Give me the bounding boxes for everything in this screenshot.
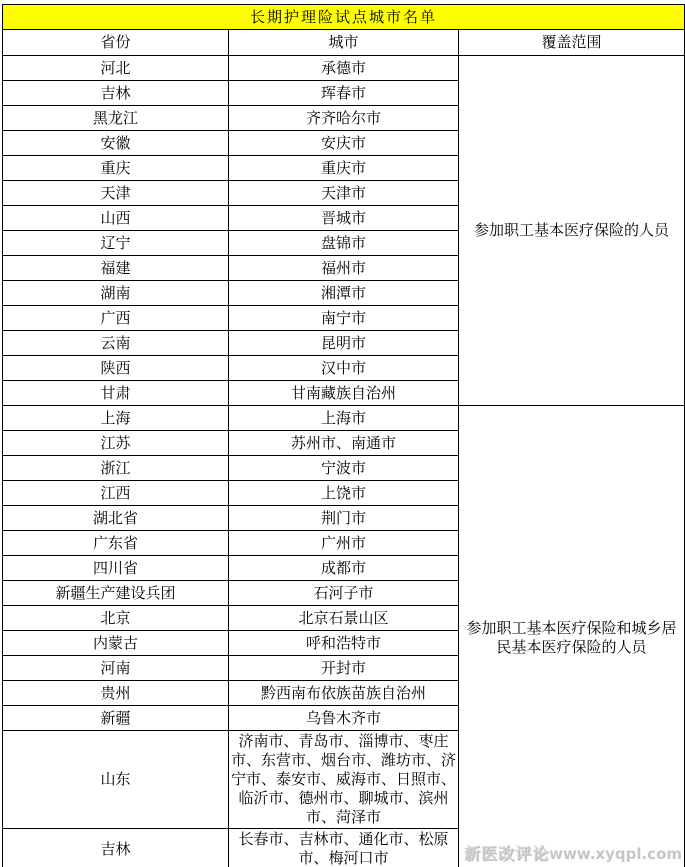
page-title: 长期护理险试点城市名单 (3, 5, 685, 30)
table-row: 河北 承德市 参加职工基本医疗保险的人员 (3, 56, 685, 81)
province-cell: 广东省 (3, 531, 229, 556)
province-cell: 黑龙江 (3, 106, 229, 131)
province-cell: 四川省 (3, 556, 229, 581)
province-cell: 安徽 (3, 131, 229, 156)
header-city: 城市 (229, 30, 459, 56)
city-cell: 天津市 (229, 181, 459, 206)
province-cell: 辽宁 (3, 231, 229, 256)
province-cell: 吉林 (3, 81, 229, 106)
city-cell: 济南市、青岛市、淄博市、枣庄市、东营市、烟台市、潍坊市、济宁市、泰安市、威海市、… (229, 731, 459, 829)
province-cell: 湖南 (3, 281, 229, 306)
province-cell: 福建 (3, 256, 229, 281)
header-coverage: 覆盖范围 (459, 30, 685, 56)
city-cell: 黔西南布依族苗族自治州 (229, 681, 459, 706)
city-cell: 南宁市 (229, 306, 459, 331)
province-cell: 河南 (3, 656, 229, 681)
province-cell: 上海 (3, 406, 229, 431)
province-cell: 贵州 (3, 681, 229, 706)
header-row: 省份 城市 覆盖范围 (3, 30, 685, 56)
province-cell: 甘肃 (3, 381, 229, 406)
coverage-cell: 参加职工基本医疗保险的人员 (459, 56, 685, 406)
province-cell: 山西 (3, 206, 229, 231)
city-cell: 广州市 (229, 531, 459, 556)
city-cell: 上饶市 (229, 481, 459, 506)
province-cell: 北京 (3, 606, 229, 631)
city-cell: 宁波市 (229, 456, 459, 481)
province-cell: 内蒙古 (3, 631, 229, 656)
province-cell: 浙江 (3, 456, 229, 481)
province-cell: 重庆 (3, 156, 229, 181)
province-cell: 广西 (3, 306, 229, 331)
coverage-cell: 参加职工基本医疗保险和城乡居民基本医疗保险的人员 (459, 406, 685, 867)
page: 长期护理险试点城市名单 省份 城市 覆盖范围 河北 承德市 参加职工基本医疗保险… (0, 0, 685, 867)
city-cell: 盘锦市 (229, 231, 459, 256)
province-cell: 江西 (3, 481, 229, 506)
city-cell: 昆明市 (229, 331, 459, 356)
city-cell: 长春市、吉林市、通化市、松原市、梅河口市 (229, 829, 459, 867)
city-cell: 湘潭市 (229, 281, 459, 306)
city-cell: 晋城市 (229, 206, 459, 231)
city-cell: 荆门市 (229, 506, 459, 531)
city-cell: 上海市 (229, 406, 459, 431)
city-cell: 福州市 (229, 256, 459, 281)
province-cell: 湖北省 (3, 506, 229, 531)
city-cell: 北京石景山区 (229, 606, 459, 631)
table-row: 上海 上海市 参加职工基本医疗保险和城乡居民基本医疗保险的人员 (3, 406, 685, 431)
city-cell: 珲春市 (229, 81, 459, 106)
province-cell: 吉林 (3, 829, 229, 867)
city-cell: 安庆市 (229, 131, 459, 156)
province-cell: 江苏 (3, 431, 229, 456)
title-row: 长期护理险试点城市名单 (3, 5, 685, 30)
table-wrapper: 长期护理险试点城市名单 省份 城市 覆盖范围 河北 承德市 参加职工基本医疗保险… (0, 0, 685, 867)
city-cell: 乌鲁木齐市 (229, 706, 459, 731)
city-cell: 甘南藏族自治州 (229, 381, 459, 406)
city-cell: 承德市 (229, 56, 459, 81)
city-cell: 齐齐哈尔市 (229, 106, 459, 131)
province-cell: 新疆生产建设兵团 (3, 581, 229, 606)
province-cell: 山东 (3, 731, 229, 829)
province-cell: 河北 (3, 56, 229, 81)
province-cell: 新疆 (3, 706, 229, 731)
city-cell: 呼和浩特市 (229, 631, 459, 656)
city-cell: 苏州市、南通市 (229, 431, 459, 456)
province-cell: 云南 (3, 331, 229, 356)
header-province: 省份 (3, 30, 229, 56)
city-cell: 成都市 (229, 556, 459, 581)
pilot-cities-table: 长期护理险试点城市名单 省份 城市 覆盖范围 河北 承德市 参加职工基本医疗保险… (2, 4, 685, 867)
city-cell: 重庆市 (229, 156, 459, 181)
province-cell: 天津 (3, 181, 229, 206)
province-cell: 陕西 (3, 356, 229, 381)
city-cell: 开封市 (229, 656, 459, 681)
city-cell: 石河子市 (229, 581, 459, 606)
city-cell: 汉中市 (229, 356, 459, 381)
